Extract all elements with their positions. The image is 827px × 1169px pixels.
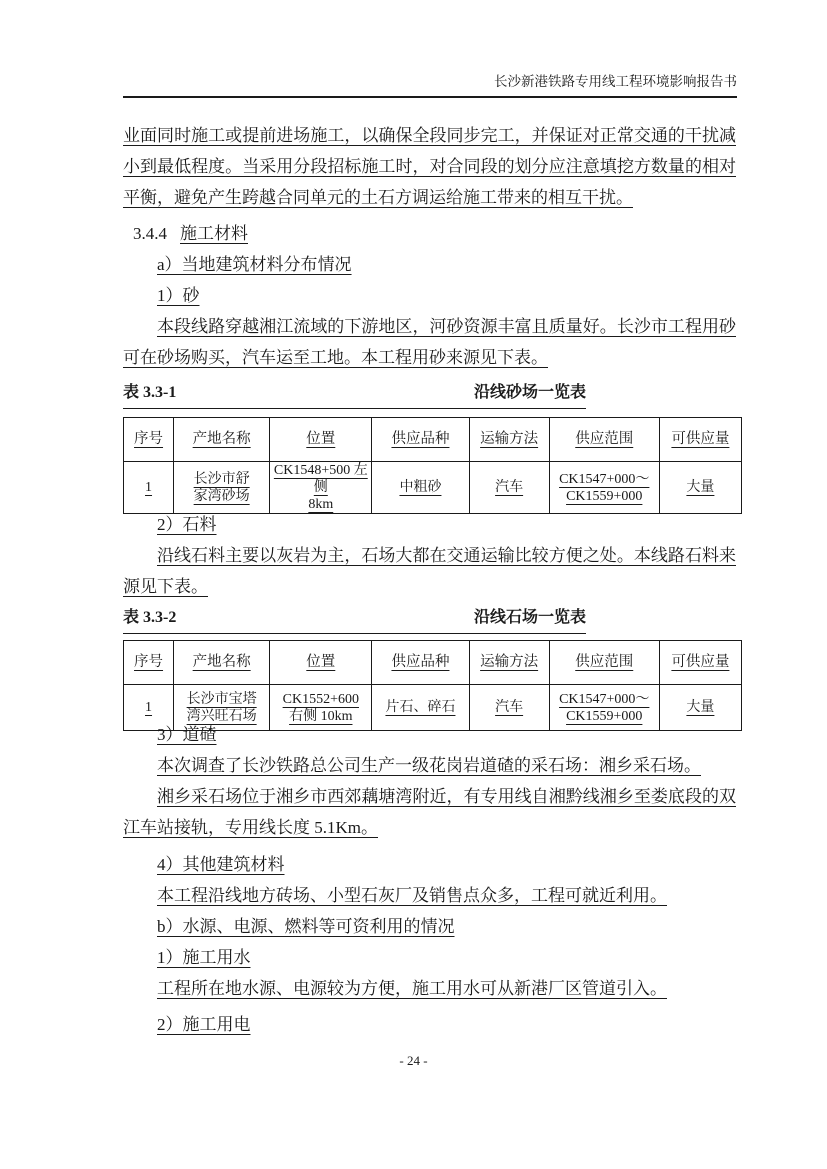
table-cell-seq: 1 [124, 462, 174, 514]
table-header-cell: 供应范围 [549, 641, 659, 685]
table-header-cell: 运输方法 [469, 418, 549, 462]
paragraph-water: 工程所在地水源、电源较为方便，施工用水可从新港厂区管道引入。 [123, 973, 736, 1004]
list-item-2-power: 2）施工用电 [123, 1009, 736, 1040]
page-header: 长沙新港铁路专用线工程环境影响报告书 [123, 72, 737, 98]
table-cell-location: CK1548+500 左侧 8km [270, 462, 372, 514]
table-header-cell: 产地名称 [174, 641, 270, 685]
paragraph-continuation: 业面同时施工或提前进场施工，以确保全段同步完工，并保证对正常交通的干扰减小到最低… [123, 120, 736, 213]
table-cell-range: CK1547+000～ CK1559+000 [549, 462, 659, 514]
table-cell-name: 长沙市舒 家湾砂场 [174, 462, 270, 514]
list-item-1-water: 1）施工用水 [123, 942, 736, 973]
paragraph-sand: 本段线路穿越湘江流域的下游地区，河砂资源丰富且质量好。长沙市工程用砂可在砂场购买… [123, 311, 736, 373]
header-title: 长沙新港铁路专用线工程环境影响报告书 [494, 74, 737, 89]
table-header-cell: 供应品种 [372, 641, 469, 685]
table-cell-quantity: 大量 [659, 462, 741, 514]
table-header-cell: 产地名称 [174, 418, 270, 462]
table-row: 1 长沙市舒 家湾砂场 CK1548+500 左侧 8km 中粗砂 汽车 CK1… [124, 462, 742, 514]
paragraph-other-materials: 本工程沿线地方砖场、小型石灰厂及销售点众多，工程可就近利用。 [123, 880, 736, 911]
paragraph-ballast-survey: 本次调查了长沙铁路总公司生产一级花岗岩道碴的采石场：湘乡采石场。 [123, 750, 736, 781]
table-header-cell: 供应品种 [372, 418, 469, 462]
section-title: 施工材料 [180, 224, 248, 243]
list-item-1-sand: 1）砂 [123, 280, 736, 311]
paragraph-ballast-quarry: 湘乡采石场位于湘乡市西郊藕塘湾附近，有专用线自湘黔线湘乡至娄底段的双江车站接轨，… [123, 781, 736, 843]
table-header-cell: 供应范围 [549, 418, 659, 462]
table-header-cell: 序号 [124, 641, 174, 685]
page-footer: - 24 - [0, 1052, 827, 1070]
table-header-cell: 位置 [270, 641, 372, 685]
table-caption-number: 表 3.3-2 [123, 606, 176, 630]
stone-sources-table: 序号 产地名称 位置 供应品种 运输方法 供应范围 可供应量 1 长沙市宝塔 湾… [123, 640, 742, 731]
table-header-cell: 位置 [270, 418, 372, 462]
table-header-cell: 运输方法 [469, 641, 549, 685]
section-number: 3.4.4 [133, 224, 167, 243]
table-caption-title: 沿线石场一览表 [474, 606, 586, 630]
list-item-2-stone: 2）石料 [123, 509, 736, 540]
page-number: - 24 - [399, 1053, 427, 1068]
list-item-3-ballast: 3）道碴 [123, 719, 736, 750]
table-caption-3-3-2: 表 3.3-2 沿线石场一览表 [123, 606, 586, 634]
table-cell-variety: 中粗砂 [372, 462, 469, 514]
paragraph-stone: 沿线石料主要以灰岩为主，石场大都在交通运输比较方便之处。本线路石料来源见下表。 [123, 540, 736, 602]
table-caption-3-3-1: 表 3.3-1 沿线砂场一览表 [123, 381, 586, 409]
list-item-b: b）水源、电源、燃料等可资利用的情况 [123, 911, 736, 942]
table-cell-transport: 汽车 [469, 462, 549, 514]
section-heading-3-4-4: 3.4.4施工材料 [123, 218, 736, 249]
document-page: 长沙新港铁路专用线工程环境影响报告书 业面同时施工或提前进场施工，以确保全段同步… [0, 0, 827, 1169]
table-header-cell: 可供应量 [659, 418, 741, 462]
list-item-a: a）当地建筑材料分布情况 [123, 249, 736, 280]
list-item-4-other: 4）其他建筑材料 [123, 849, 736, 880]
table-caption-number: 表 3.3-1 [123, 381, 176, 405]
table-header-row: 序号 产地名称 位置 供应品种 运输方法 供应范围 可供应量 [124, 418, 742, 462]
page-body: 业面同时施工或提前进场施工，以确保全段同步完工，并保证对正常交通的干扰减小到最低… [123, 120, 736, 1040]
table-header-cell: 序号 [124, 418, 174, 462]
table-caption-title: 沿线砂场一览表 [474, 381, 586, 405]
table-header-cell: 可供应量 [659, 641, 741, 685]
table-header-row: 序号 产地名称 位置 供应品种 运输方法 供应范围 可供应量 [124, 641, 742, 685]
sand-sources-table: 序号 产地名称 位置 供应品种 运输方法 供应范围 可供应量 1 长沙市舒 家湾… [123, 417, 742, 514]
